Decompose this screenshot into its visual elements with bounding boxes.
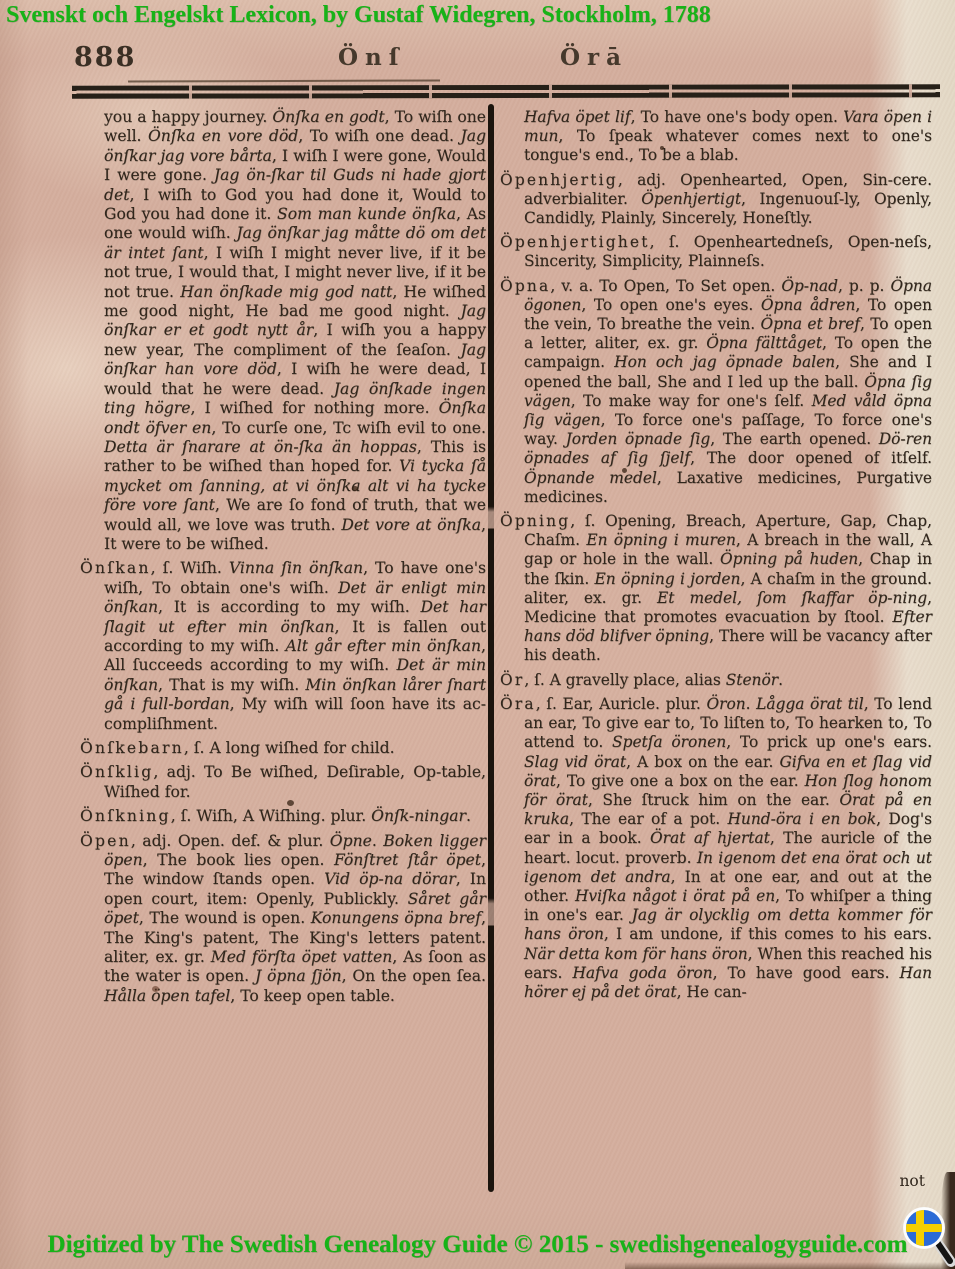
headword: Öpen bbox=[80, 832, 131, 850]
english-text: , ſ. Wiſh. bbox=[151, 559, 229, 577]
ink-speck bbox=[660, 146, 664, 150]
swedish-phrase: Alt går efter min önſkan bbox=[285, 637, 481, 655]
dictionary-continuation: you a happy journey. Önſka en godt, To w… bbox=[80, 108, 486, 554]
english-text: , She ſtruck him on the ear. bbox=[588, 791, 839, 809]
english-text: , The earth opened. bbox=[710, 430, 879, 448]
swedish-phrase: Han önſkade mig god natt bbox=[180, 283, 392, 301]
page-number: 888 bbox=[74, 42, 136, 73]
digitizer-credit-bottom: Digitized by The Swedish Genealogy Guide… bbox=[0, 1231, 955, 1259]
dictionary-entry: Önſkebarn, ſ. A long wiſhed for child. bbox=[80, 739, 486, 758]
english-text: , ſ. Wiſh, A Wiſhing. plur. bbox=[171, 807, 371, 825]
swedish-phrase: Hund-öra i en bok bbox=[728, 810, 877, 828]
english-text: , The ear of a pot. bbox=[569, 810, 727, 828]
guide-word-right: Örā bbox=[560, 44, 628, 71]
header-rule-thin bbox=[128, 79, 440, 82]
column-divider-rule bbox=[488, 104, 494, 1192]
dictionary-entry: Önſklig, adj. To Be wiſhed, Deſirable, O… bbox=[80, 763, 486, 802]
dictionary-entry: Ör, ſ. A gravelly place, alias Stenör. bbox=[500, 671, 932, 690]
swedish-phrase: En öpning i muren bbox=[586, 531, 736, 549]
headword: Önſkan bbox=[80, 559, 151, 577]
english-text: , On the open ſea. bbox=[342, 967, 486, 985]
ink-speck bbox=[287, 800, 294, 806]
swedish-phrase: Det vore at önſka bbox=[341, 516, 481, 534]
swedish-phrase: Öpenhjertigt bbox=[641, 190, 741, 208]
english-text: , v. a. To Open, To Set open. bbox=[550, 277, 781, 295]
english-text: , ſ. A long wiſhed for child. bbox=[184, 739, 395, 757]
swedish-phrase: Hafva öpet lif bbox=[524, 108, 631, 126]
swedish-phrase: Öpna ådren bbox=[761, 296, 856, 314]
headword: Öpning bbox=[500, 512, 570, 530]
ink-speck bbox=[352, 486, 358, 491]
english-text: , That is my wiſh. bbox=[158, 676, 305, 694]
swedish-phrase: Konungens öpna bref bbox=[311, 909, 481, 927]
english-text: , The wound is open. bbox=[139, 909, 311, 927]
swedish-phrase: J öpna ſjön bbox=[255, 967, 342, 985]
english-text: . bbox=[372, 832, 383, 850]
swedish-phrase: Öpning på huden bbox=[720, 550, 858, 568]
header-rule-double bbox=[72, 84, 940, 99]
english-text: . bbox=[746, 695, 757, 713]
english-text: you a happy journey. bbox=[104, 108, 272, 126]
headword: Öpenhjertig bbox=[500, 171, 618, 189]
english-text: , He can- bbox=[677, 983, 747, 1001]
english-text: , ſ. Ear, Auricle. plur. bbox=[536, 695, 707, 713]
english-text: , The door opened of itſelf. bbox=[690, 449, 932, 467]
swedish-phrase: Önſka en vore död bbox=[148, 127, 298, 145]
english-text: , To give one a box on the ear. bbox=[556, 772, 805, 790]
headword: Öra bbox=[500, 695, 536, 713]
english-text: , To prick up one's ears. bbox=[726, 733, 932, 751]
dictionary-entry: Öpna, v. a. To Open, To Set open. Öp-nad… bbox=[500, 277, 932, 507]
swedish-phrase: Öp-nad bbox=[781, 277, 838, 295]
dictionary-entry: Öpen, adj. Open. def. & plur. Öpne. Boke… bbox=[80, 832, 486, 1007]
dictionary-entry: Önſkan, ſ. Wiſh. Vinna ſin önſkan, To ha… bbox=[80, 559, 486, 734]
swedish-phrase: Vid öp-na dörar bbox=[324, 870, 456, 888]
swedish-phrase: Slag vid örat bbox=[524, 753, 626, 771]
english-text: , ſ. A gravelly place, alias bbox=[524, 671, 725, 689]
dictionary-column-left: you a happy journey. Önſka en godt, To w… bbox=[80, 108, 486, 1006]
english-text: , The book lies open. bbox=[143, 851, 334, 869]
swedish-phrase: Önſka en godt bbox=[272, 108, 384, 126]
headword: Önſklig bbox=[80, 763, 153, 781]
ink-speck bbox=[152, 986, 159, 992]
english-text: , To make way for one's ſelf. bbox=[571, 392, 812, 410]
swedish-phrase: Öpna fälttåget bbox=[706, 334, 822, 352]
swedish-phrase: Öron bbox=[706, 695, 745, 713]
english-text: , adj. To Be wiſhed, Deſirable, Op-table… bbox=[104, 763, 486, 800]
swedish-phrase: En öpning i jorden bbox=[595, 570, 741, 588]
dictionary-entry: Öra, ſ. Ear, Auricle. plur. Öron. Lågga … bbox=[500, 695, 932, 1002]
swedish-phrase: Örat af hjertat bbox=[650, 829, 770, 847]
swedish-phrase: Hon och jag öpnade balen bbox=[614, 353, 835, 371]
swedish-phrase: Stenör bbox=[726, 671, 778, 689]
swedish-phrase: Spetſa öronen bbox=[612, 733, 726, 751]
headword: Öpenhjertighet bbox=[500, 233, 650, 251]
english-text: , It is according to my wiſh. bbox=[158, 598, 420, 616]
swedish-phrase: Öpne bbox=[330, 832, 372, 850]
english-text: . bbox=[778, 671, 783, 689]
english-text: , A box on the ear. bbox=[626, 753, 779, 771]
swedish-phrase: Jorden öpnade ſig bbox=[566, 430, 711, 448]
english-text: , p. p. bbox=[838, 277, 891, 295]
guide-word-left: Önſ bbox=[338, 44, 406, 71]
swedish-phrase: Hafva goda öron bbox=[572, 964, 712, 982]
digitizer-credit-top: Svenskt och Engelskt Lexicon, by Gustaf … bbox=[6, 2, 711, 29]
swedish-phrase: Hviſka något i örat på en bbox=[575, 887, 775, 905]
english-text: , I wiſhed for nothing more. bbox=[190, 399, 438, 417]
scanned-dictionary-page: Svenskt och Engelskt Lexicon, by Gustaf … bbox=[0, 0, 955, 1269]
english-text: . bbox=[466, 807, 471, 825]
headword: Önſkebarn bbox=[80, 739, 184, 757]
swedish-phrase: Lågga örat til bbox=[756, 695, 864, 713]
dictionary-entry: Öpenhjertighet, ſ. Openheartedneſs, Open… bbox=[500, 233, 932, 271]
dictionary-continuation: Hafva öpet lif, To have one's body open.… bbox=[500, 108, 932, 166]
swedish-phrase: Med förſta öpet vatten bbox=[211, 948, 393, 966]
swedish-phrase: Hålla öpen tafel bbox=[104, 987, 230, 1005]
swedish-phrase: Önſk-ningar bbox=[371, 807, 466, 825]
headword: Ör bbox=[500, 671, 524, 689]
dictionary-entry: Önſkning, ſ. Wiſh, A Wiſhing. plur. Önſk… bbox=[80, 807, 486, 826]
swedish-phrase: När detta kom för hans öron bbox=[524, 945, 748, 963]
swedish-phrase: Öpnande medel bbox=[524, 469, 657, 487]
english-text: , adj. Open. def. & plur. bbox=[131, 832, 330, 850]
dictionary-entry: Öpenhjertig, adj. Openhearted, Open, Sin… bbox=[500, 171, 932, 229]
english-text: , To curſe one, Tc wiſh evil to one. bbox=[211, 419, 486, 437]
swedish-phrase: Et medel, ſom ſkaffar öp-ning bbox=[657, 589, 927, 607]
swedish-phrase: Som man kunde önſka bbox=[277, 205, 456, 223]
dictionary-column-right: Hafva öpet lif, To have one's body open.… bbox=[500, 108, 932, 1002]
english-text: , To wiſh one dead. bbox=[298, 127, 460, 145]
dictionary-entry: Öpning, ſ. Opening, Breach, Aperture, Ga… bbox=[500, 512, 932, 666]
swedish-phrase: Öpna et bref bbox=[760, 315, 860, 333]
catchword: not bbox=[899, 1172, 925, 1190]
swedish-phrase: Detta är ſnarare at ön-ſka än hoppas bbox=[104, 438, 417, 456]
headword: Öpna bbox=[500, 277, 550, 295]
english-text: , To open one's eyes. bbox=[581, 296, 761, 314]
english-text: , To have one's body open. bbox=[631, 108, 844, 126]
english-text: , To keep open table. bbox=[230, 987, 395, 1005]
headword: Önſkning bbox=[80, 807, 171, 825]
english-text: , I am undone, if this comes to his ears… bbox=[604, 925, 932, 943]
swedish-phrase: Vinna ſin önſkan bbox=[229, 559, 363, 577]
swedish-phrase: Fönſtret ſtår öpet bbox=[334, 851, 481, 869]
ink-speck bbox=[622, 468, 627, 473]
english-text: , To have good ears. bbox=[713, 964, 900, 982]
english-text: , To ſpeak whatever comes next to one's … bbox=[524, 127, 932, 164]
